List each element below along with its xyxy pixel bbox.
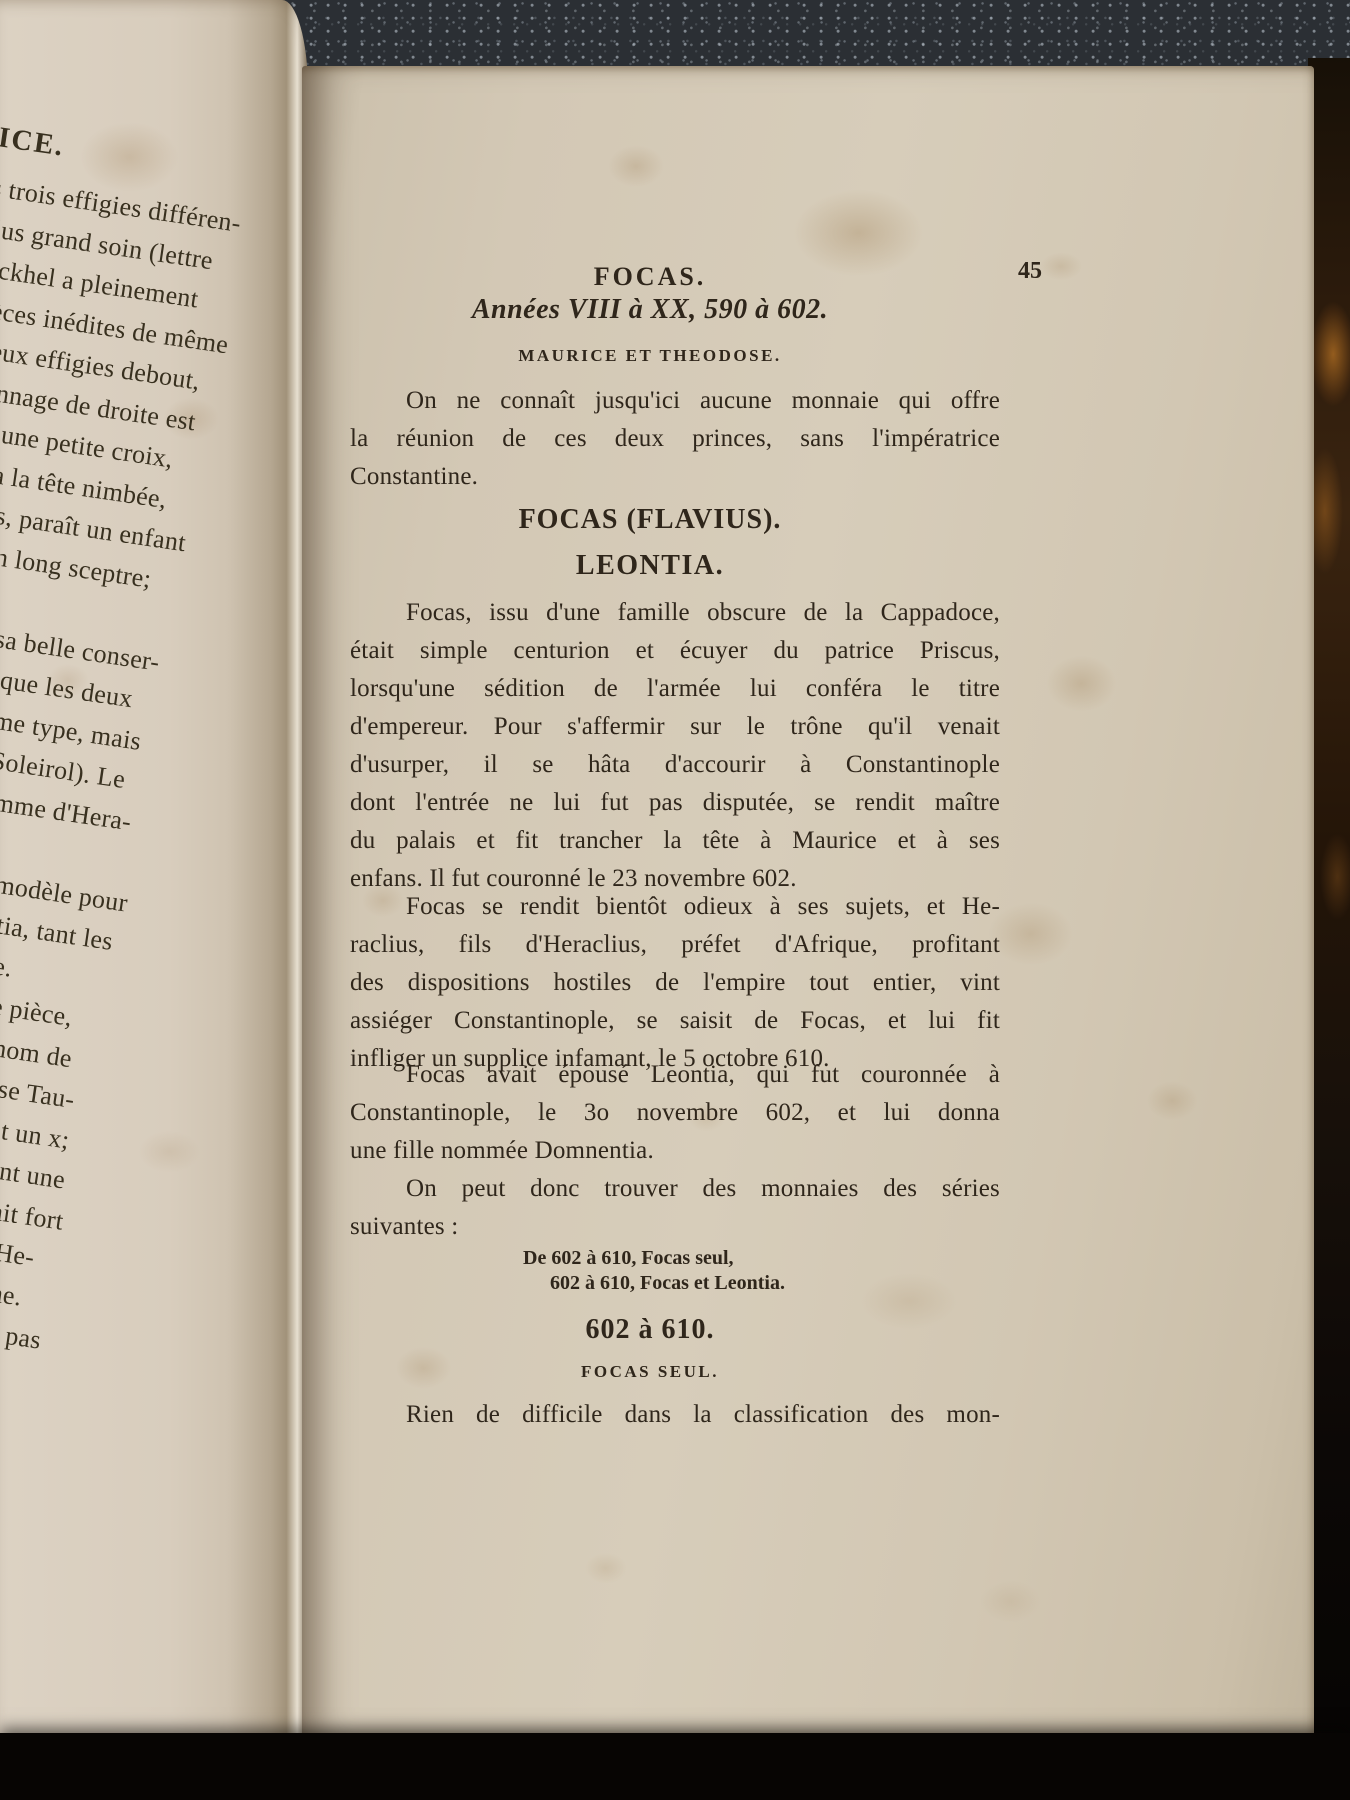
paragraph-4: Focas avait épousé Leontia, qui fut cour… (350, 1056, 1000, 1170)
left-page: RICE. ces trois effigies différen-e plus… (0, 0, 308, 1745)
text-line: raclius, fils d'Heraclius, préfet d'Afri… (350, 926, 1000, 964)
text-line: Rien de difficile dans la classification… (350, 1396, 1000, 1434)
text-line: 602 à 610, Focas et Leontia. (523, 1271, 863, 1296)
text-line: De 602 à 610, Focas seul, (523, 1246, 863, 1271)
bottom-shadow (0, 1733, 1350, 1800)
section-maurice-theodose: MAURICE ET THEODOSE. (310, 346, 990, 366)
paragraph-6: Rien de difficile dans la classification… (350, 1396, 1000, 1434)
book-photo-scene: RICE. ces trois effigies différen-e plus… (0, 0, 1350, 1800)
heading-dates-602-610: 602 à 610. (310, 1314, 990, 1346)
paragraph-5: On peut donc trouver des monnaies des sé… (350, 1170, 1000, 1246)
paragraph-3: Focas se rendit bientôt odieux à ses suj… (350, 888, 1000, 1078)
text-line: Focas, issu d'une famille obscure de la … (350, 594, 1000, 632)
section-focas-seul: FOCAS SEUL. (310, 1362, 990, 1382)
text-line: assiéger Constantinople, se saisit de Fo… (350, 1002, 1000, 1040)
text-line: des dispositions hostiles de l'empire to… (350, 964, 1000, 1002)
left-page-lines: ces trois effigies différen-e plus grand… (0, 165, 308, 1395)
text-line: était simple centurion et écuyer du patr… (350, 632, 1000, 670)
text-line: Constantine. (350, 458, 1000, 496)
text-line: On ne connaît jusqu'ici aucune monnaie q… (350, 382, 1000, 420)
paragraph-2: Focas, issu d'une famille obscure de la … (350, 594, 1000, 898)
text-line: Focas avait épousé Leontia, qui fut cour… (350, 1056, 1000, 1094)
paragraph-1: On ne connaît jusqu'ici aucune monnaie q… (350, 382, 1000, 496)
text-line: Constantinople, le 3o novembre 602, et l… (350, 1094, 1000, 1132)
book-cover-edge (1308, 58, 1350, 1800)
text-line: une fille nommée Domnentia. (350, 1132, 1000, 1170)
page-number: 45 (1018, 258, 1042, 285)
text-line: Focas se rendit bientôt odieux à ses suj… (350, 888, 1000, 926)
text-line: du palais et fit trancher la tête à Maur… (350, 822, 1000, 860)
heading-leontia: LEONTIA. (310, 550, 990, 582)
text-line: On peut donc trouver des monnaies des sé… (350, 1170, 1000, 1208)
running-title: FOCAS. (310, 262, 990, 292)
series-list: De 602 à 610, Focas seul,602 à 610, Foca… (523, 1246, 863, 1296)
text-line: lorsqu'une sédition de l'armée lui confé… (350, 670, 1000, 708)
right-page: FOCAS. 45 Années VIII à XX, 590 à 602. M… (302, 66, 1314, 1735)
text-line: d'empereur. Pour s'affermir sur le trône… (350, 708, 1000, 746)
text-line: dont l'entrée ne lui fut pas disputée, s… (350, 784, 1000, 822)
left-page-text: RICE. ces trois effigies différen-e plus… (0, 118, 308, 1395)
text-line: la réunion de ces deux princes, sans l'i… (350, 420, 1000, 458)
subtitle-years: Années VIII à XX, 590 à 602. (310, 294, 990, 326)
heading-focas-flavius: FOCAS (FLAVIUS). (310, 504, 990, 536)
text-line: d'usurper, il se hâta d'accourir à Const… (350, 746, 1000, 784)
text-line: suivantes : (350, 1208, 1000, 1246)
